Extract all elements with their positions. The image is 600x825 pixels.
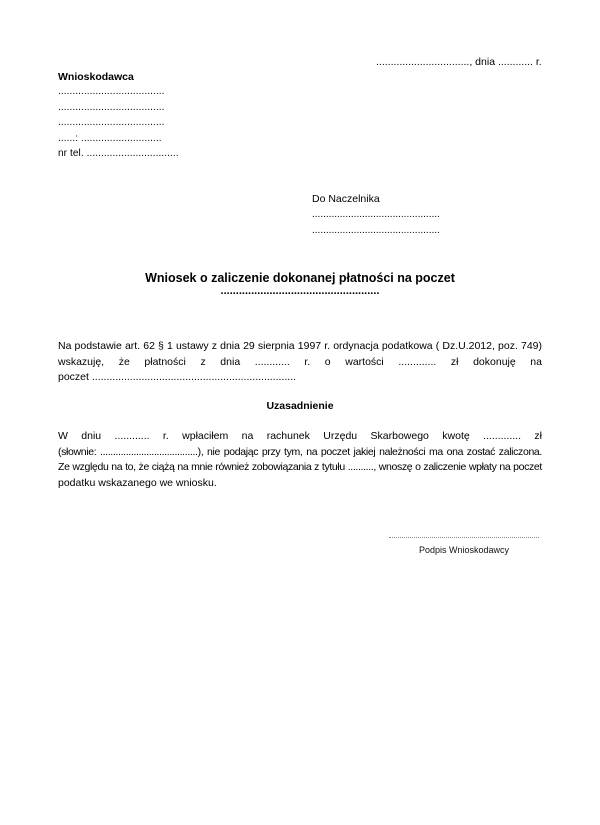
document-title-blank-field[interactable]: ........................................… (0, 284, 600, 298)
applicant-name-field[interactable]: ..................................... (58, 84, 179, 100)
justification-line: Ze względu na to, że ciążą na mnie równi… (58, 460, 542, 476)
recipient-office-field-1[interactable]: ........................................… (312, 207, 440, 223)
justification-paragraph: W dniu ............ r. wpłaciłem na rach… (58, 429, 542, 491)
legal-basis-line: Na podstawie art. 62 § 1 ustawy z dnia 2… (58, 339, 542, 355)
recipient-heading: Do Naczelnika (312, 192, 440, 207)
recipient-office-field-2[interactable]: ........................................… (312, 223, 440, 239)
applicant-postal-code-field[interactable]: ......: ............................ (58, 131, 179, 147)
recipient-block: Do Naczelnika ..........................… (312, 192, 440, 238)
applicant-heading: Wnioskodawca (58, 70, 179, 84)
justification-line: (słownie: ..............................… (58, 445, 542, 461)
justification-line: W dniu ............ r. wpłaciłem na rach… (58, 429, 542, 445)
place-date-field[interactable]: ................................, dnia .… (376, 56, 542, 68)
legal-basis-line: poczet .................................… (58, 370, 542, 386)
legal-basis-paragraph: Na podstawie art. 62 § 1 ustawy z dnia 2… (58, 339, 542, 386)
signature-line[interactable] (389, 537, 539, 538)
applicant-address-field-2[interactable]: ..................................... (58, 115, 179, 131)
applicant-phone-field[interactable]: nr tel. ................................ (58, 146, 179, 162)
applicant-address-field-1[interactable]: ..................................... (58, 100, 179, 116)
applicant-block: Wnioskodawca ...........................… (58, 70, 179, 162)
legal-basis-line: wskazuję, że płatności z dnia ..........… (58, 355, 542, 371)
justification-heading: Uzasadnienie (0, 400, 600, 412)
signature-label: Podpis Wnioskodawcy (389, 545, 539, 555)
justification-line: podatku wskazanego we wniosku. (58, 476, 542, 492)
